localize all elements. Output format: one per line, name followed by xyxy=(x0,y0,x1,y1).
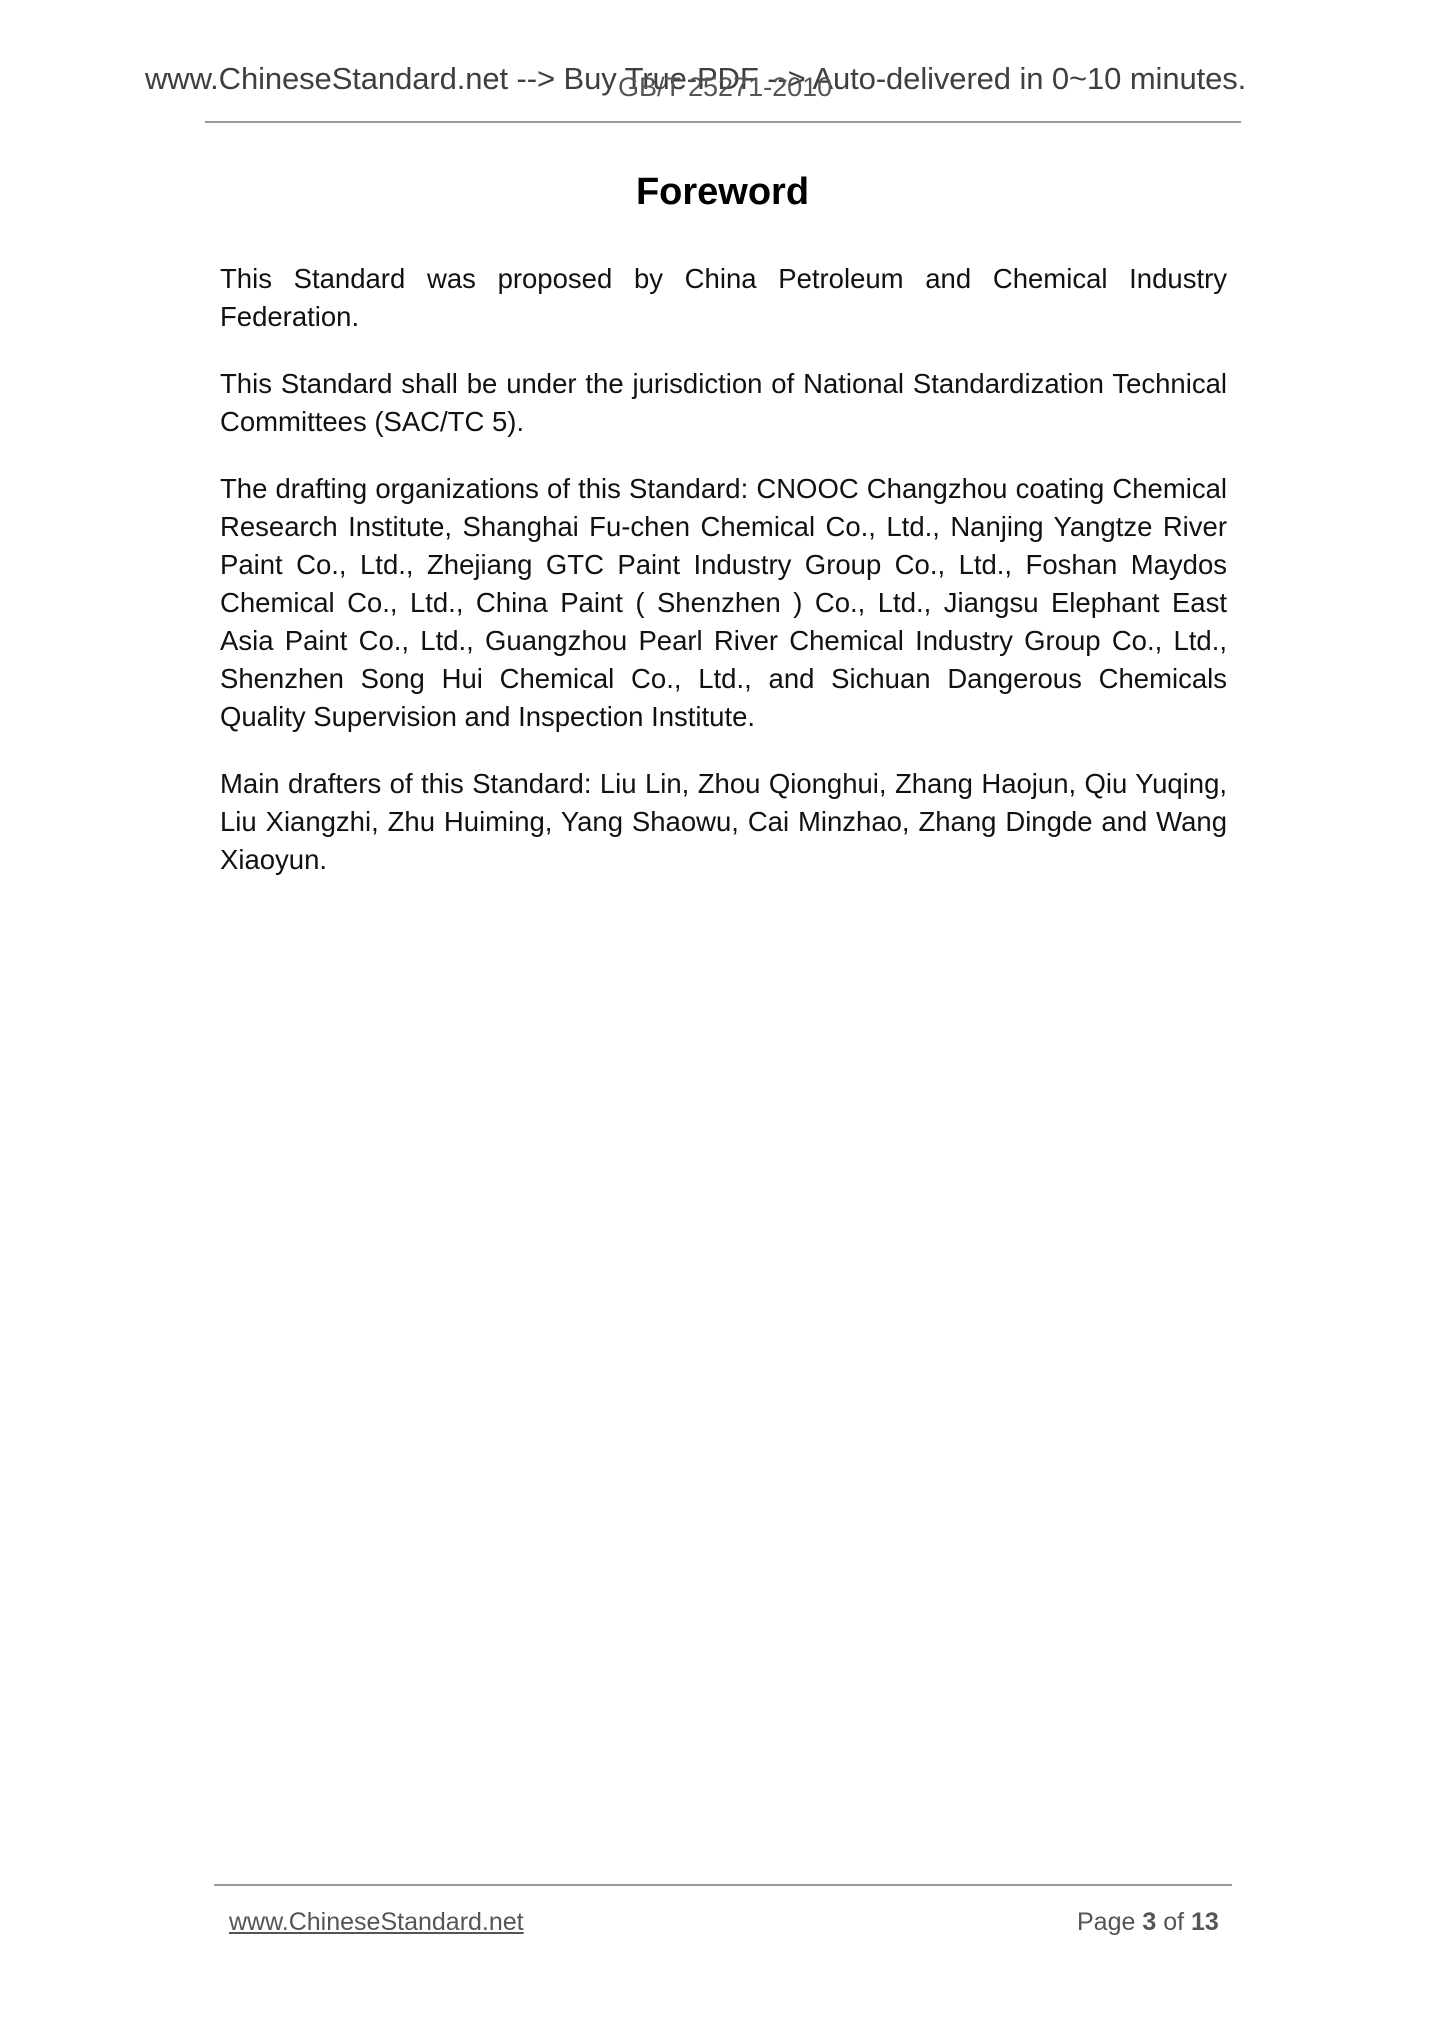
page-title: Foreword xyxy=(0,170,1445,214)
paragraph-drafting-organizations: The drafting organizations of this Stand… xyxy=(220,470,1227,736)
total-pages: 13 xyxy=(1191,1908,1219,1936)
page-of-label: of xyxy=(1163,1908,1184,1936)
footer-divider xyxy=(214,1884,1232,1886)
document-code: GB/T 25271-2010 xyxy=(618,72,832,102)
page-number: Page 3 of 13 xyxy=(1077,1908,1219,1936)
header-divider xyxy=(205,121,1241,123)
page-label: Page xyxy=(1077,1908,1135,1936)
document-body: This Standard was proposed by China Petr… xyxy=(220,260,1227,908)
paragraph-proposer: This Standard was proposed by China Petr… xyxy=(220,260,1227,336)
footer-website-link[interactable]: www.ChineseStandard.net xyxy=(229,1908,524,1936)
current-page: 3 xyxy=(1142,1908,1156,1936)
paragraph-main-drafters: Main drafters of this Standard: Liu Lin,… xyxy=(220,765,1227,879)
paragraph-jurisdiction: This Standard shall be under the jurisdi… xyxy=(220,365,1227,441)
